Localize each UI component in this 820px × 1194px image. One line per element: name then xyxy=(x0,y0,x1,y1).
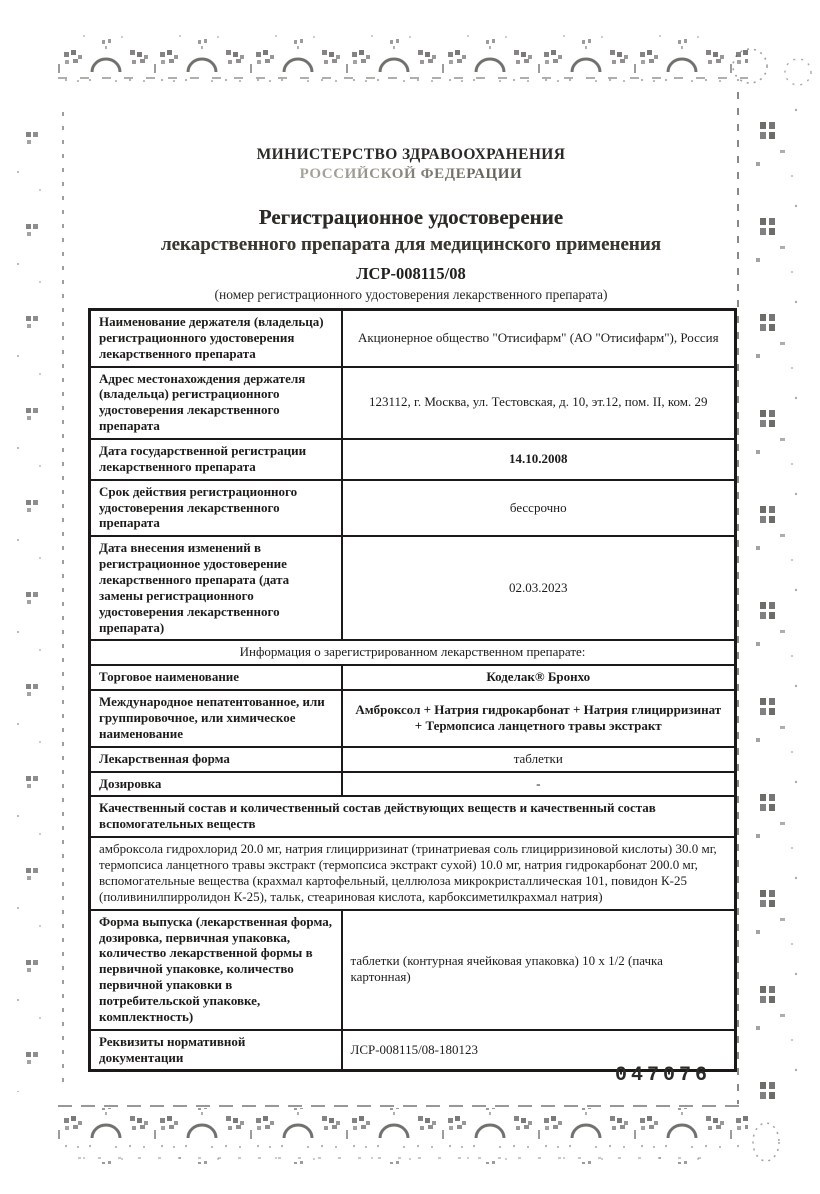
table-row-inn: Международное непатентованное, или групп… xyxy=(90,690,736,747)
registration-number-caption: (номер регистрационного удостоверения ле… xyxy=(88,287,734,303)
registration-table: Наименование держателя (владельца) регис… xyxy=(88,308,737,1072)
dosage-form-label: Лекарственная форма xyxy=(90,747,342,772)
holder-value: Акционерное общество "Отисифарм" (АО "От… xyxy=(342,310,736,367)
address-label: Адрес местонахождения держателя (владель… xyxy=(90,367,342,439)
document-header: МИНИСТЕРСТВО ЗДРАВООХРАНЕНИЯ РОССИЙСКОЙ … xyxy=(88,146,734,303)
trade-name-label: Торговое наименование xyxy=(90,665,342,690)
table-row-amendment-date: Дата внесения изменений в регистрационно… xyxy=(90,536,736,640)
validity-label: Срок действия регистрационного удостовер… xyxy=(90,480,342,537)
table-row-holder: Наименование держателя (владельца) регис… xyxy=(90,310,736,367)
stamp-circles-top-right xyxy=(726,30,820,110)
document-title-line2: лекарственного препарата для медицинског… xyxy=(88,234,734,256)
certificate-page: МИНИСТЕРСТВО ЗДРАВООХРАНЕНИЯ РОССИЙСКОЙ … xyxy=(0,0,820,1194)
info-section-header: Информация о зарегистрированном лекарств… xyxy=(90,640,736,665)
amendment-date-label: Дата внесения изменений в регистрационно… xyxy=(90,536,342,640)
guilloche-band-top xyxy=(58,34,748,90)
document-title-line1: Регистрационное удостоверение xyxy=(88,205,734,230)
dosage-value: - xyxy=(342,772,736,797)
normative-docs-label: Реквизиты нормативной документации xyxy=(90,1030,342,1071)
inn-label: Международное непатентованное, или групп… xyxy=(90,690,342,747)
table-row-dosage: Дозировка - xyxy=(90,772,736,797)
stamp-oval-bottom-right xyxy=(744,1116,788,1168)
ministry-country: РОССИЙСКОЙ ФЕДЕРАЦИИ xyxy=(88,166,734,183)
composition-text: амброксола гидрохлорид 20.0 мг, натрия г… xyxy=(90,837,736,909)
table-row-registration-date: Дата государственной регистрации лекарст… xyxy=(90,439,736,480)
table-row-trade-name: Торговое наименование Коделак® Бронхо xyxy=(90,665,736,690)
dosage-form-value: таблетки xyxy=(342,747,736,772)
amendment-date-value: 02.03.2023 xyxy=(342,536,736,640)
table-row-composition-header: Качественный состав и количественный сос… xyxy=(90,796,736,837)
guilloche-band-bottom xyxy=(58,1100,748,1164)
table-row-release-form: Форма выпуска (лекарственная форма, дози… xyxy=(90,910,736,1030)
registration-date-value: 14.10.2008 xyxy=(342,439,736,480)
table-row-validity: Срок действия регистрационного удостовер… xyxy=(90,480,736,537)
table-row-address: Адрес местонахождения держателя (владель… xyxy=(90,367,736,439)
trade-name-value: Коделак® Бронхо xyxy=(342,665,736,690)
guilloche-band-right xyxy=(732,92,812,1104)
ministry-name: МИНИСТЕРСТВО ЗДРАВООХРАНЕНИЯ xyxy=(88,146,734,164)
table-row-info-section: Информация о зарегистрированном лекарств… xyxy=(90,640,736,665)
form-serial-number: 047076 xyxy=(615,1064,711,1087)
release-form-value: таблетки (контурная ячейковая упаковка) … xyxy=(342,910,736,1030)
dosage-label: Дозировка xyxy=(90,772,342,797)
registration-number: ЛСР-008115/08 xyxy=(88,264,734,284)
guilloche-band-left xyxy=(10,112,80,1092)
inn-value: Амброксол + Натрия гидрокарбонат + Натри… xyxy=(342,690,736,747)
release-form-label: Форма выпуска (лекарственная форма, дози… xyxy=(90,910,342,1030)
validity-value: бессрочно xyxy=(342,480,736,537)
address-value: 123112, г. Москва, ул. Тестовская, д. 10… xyxy=(342,367,736,439)
holder-label: Наименование держателя (владельца) регис… xyxy=(90,310,342,367)
composition-header: Качественный состав и количественный сос… xyxy=(90,796,736,837)
table-row-composition-text: амброксола гидрохлорид 20.0 мг, натрия г… xyxy=(90,837,736,909)
registration-date-label: Дата государственной регистрации лекарст… xyxy=(90,439,342,480)
table-row-dosage-form: Лекарственная форма таблетки xyxy=(90,747,736,772)
